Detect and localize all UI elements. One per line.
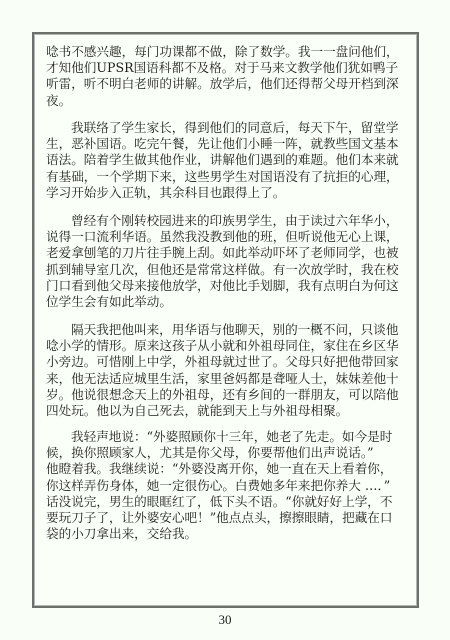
text-line: 门口看到他父母来接他放学，对他比手划脚，我有点明白为何这 <box>46 278 416 294</box>
text-line: 夜。 <box>46 93 416 109</box>
text-line: 他瞪着我。我继续说：“外婆没离开你，她一直在天上看着你， <box>46 461 416 477</box>
text-line: 我轻声地说：“外婆照顾你十三年，她老了先走。如今是时 <box>46 429 416 445</box>
paragraph-5: 我轻声地说：“外婆照顾你十三年，她老了先走。如今是时 候，换你照顾家人，尤其是你… <box>46 429 416 542</box>
text-line: 四处玩。他以为自己死去，就能到天上与外祖母相聚。 <box>46 403 416 419</box>
text-line: 有基础，一个学期下来，这些男学生对国语没有了抗拒的心理， <box>46 169 416 185</box>
paragraph-2: 我联络了学生家长，得到他们的同意后，每天下午，留堂学 生，恶补国语。吃完午餐，先… <box>46 120 416 201</box>
text-line: 隔天我把他叫来，用华语与他聊天，别的一概不问，只谈他 <box>46 322 416 338</box>
text-line: 要玩刀子了，让外婆安心吧！”他点点头，擦擦眼睛，把藏在口 <box>46 510 416 526</box>
text-line: 候，换你照顾家人，尤其是你父母，你要帮他们出声说话。” <box>46 445 416 461</box>
paragraph-4: 隔天我把他叫来，用华语与他聊天，别的一概不问，只谈他 唸小学的情形。原来这孩子从… <box>46 322 416 419</box>
text-line: 话没说完，男生的眼眶红了，低下头不语。“你就好好上学，不 <box>46 494 416 510</box>
text-line: 唸小学的情形。原来这孩子从小就和外祖母同住，家住在乡区华 <box>46 338 416 354</box>
text-line: 袋的小刀拿出来，交给我。 <box>46 526 416 542</box>
text-line: 抓到辅导室几次，但他还是常常这样做。有一次放学时，我在校 <box>46 262 416 278</box>
text-line: 位学生会有如此举动。 <box>46 294 416 310</box>
page-number: 30 <box>0 612 450 628</box>
text-line: 岁。他说很想念天上的外祖母，还有乡间的一群朋友，可以陪他 <box>46 387 416 403</box>
paragraph-1: 唸书不感兴趣，每门功课都不做，除了数学。我一一盘问他们， 才知他们UPSR国语科… <box>46 44 416 109</box>
text-line: 小旁边。可惜刚上中学，外祖母就过世了。父母只好把他带回家 <box>46 354 416 370</box>
text-line: 语法。陪着学生做其他作业，讲解他们遇到的难题。他们本来就 <box>46 152 416 168</box>
text-line: 才知他们UPSR国语科都不及格。对于马来文教学他们犹如鸭子 <box>46 60 416 76</box>
text-line: 听雷，听不明白老师的讲解。放学后，他们还得帮父母开档到深 <box>46 76 416 92</box>
text-line: 你这样弄伤身体，她一定很伤心。白费她多年来把你养大 …．” <box>46 478 416 494</box>
text-line: 曾经有个刚转校园进来的印族男学生，由于读过六年华小， <box>46 213 416 229</box>
text-line: 老爱拿刨笔的刀片往手腕上刮。如此举动吓坏了老师同学，也被 <box>46 245 416 261</box>
text-line: 我联络了学生家长，得到他们的同意后，每天下午，留堂学 <box>46 120 416 136</box>
paragraph-3: 曾经有个刚转校园进来的印族男学生，由于读过六年华小， 说得一口流利华语。虽然我没… <box>46 213 416 310</box>
text-line: 学习开始步入正轨，其余科目也跟得上了。 <box>46 185 416 201</box>
text-line: 生，恶补国语。吃完午餐，先让他们小睡一阵，就教些国文基本 <box>46 136 416 152</box>
text-line: 唸书不感兴趣，每门功课都不做，除了数学。我一一盘问他们， <box>46 44 416 60</box>
text-line: 来，他无法适应城里生活，家里爸妈都是聋哑人士，妹妹差他十 <box>46 371 416 387</box>
text-line: 说得一口流利华语。虽然我没教到他的班，但听说他无心上课， <box>46 229 416 245</box>
